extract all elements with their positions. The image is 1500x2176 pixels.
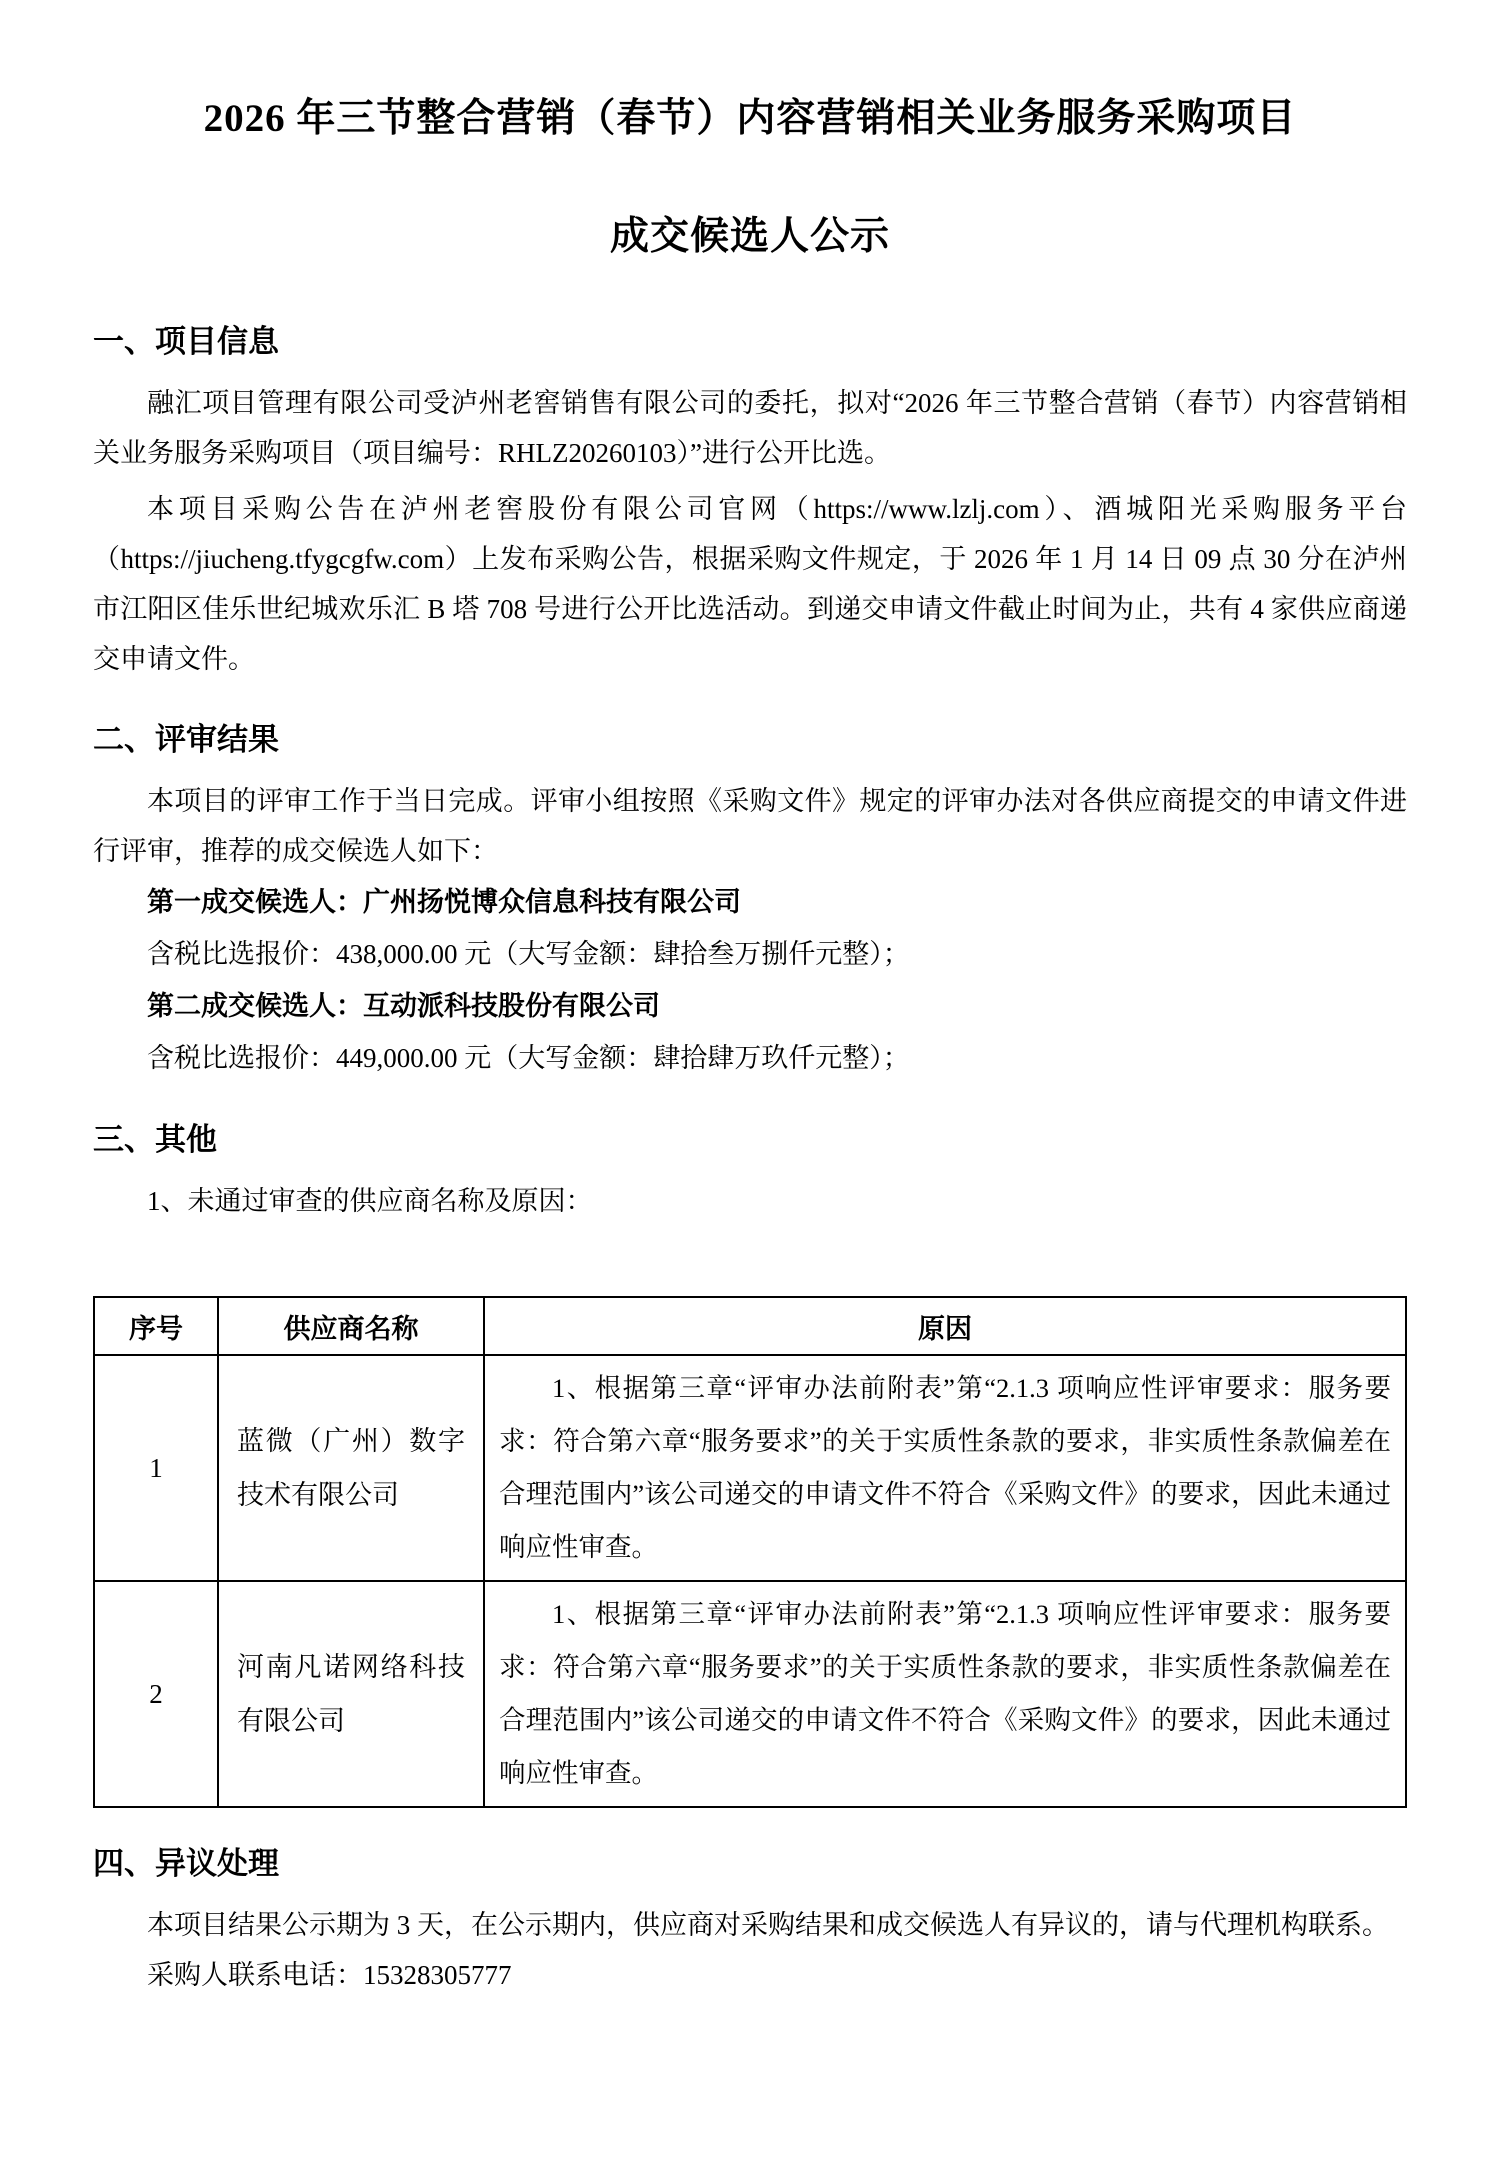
table-header-no: 序号 bbox=[94, 1297, 218, 1355]
section-4-paragraph-1: 本项目结果公示期为 3 天，在公示期内，供应商对采购结果和成交候选人有异议的，请… bbox=[93, 1900, 1407, 1950]
candidate-1-name-line: 第一成交候选人：广州扬悦博众信息科技有限公司 bbox=[93, 876, 1407, 928]
section-3-item-1: 1、未通过审查的供应商名称及原因： bbox=[93, 1176, 1407, 1226]
section-1-heading: 一、项目信息 bbox=[93, 320, 1407, 364]
document-page: 2026 年三节整合营销（春节）内容营销相关业务服务采购项目 成交候选人公示 一… bbox=[0, 0, 1500, 2176]
table-header-row: 序号 供应商名称 原因 bbox=[94, 1297, 1406, 1355]
table-row: 2 河南凡诺网络科技有限公司 1、根据第三章“评审办法前附表”第“2.1.3 项… bbox=[94, 1581, 1406, 1807]
section-2-intro: 本项目的评审工作于当日完成。评审小组按照《采购文件》规定的评审办法对各供应商提交… bbox=[93, 776, 1407, 876]
row-2-reason: 1、根据第三章“评审办法前附表”第“2.1.3 项响应性评审要求：服务要求：符合… bbox=[484, 1581, 1406, 1807]
row-2-supplier: 河南凡诺网络科技有限公司 bbox=[218, 1581, 484, 1807]
candidate-2-name-line: 第二成交候选人：互动派科技股份有限公司 bbox=[93, 980, 1407, 1032]
section-1-paragraph-1: 融汇项目管理有限公司受泸州老窖销售有限公司的委托，拟对“2026 年三节整合营销… bbox=[93, 378, 1407, 478]
document-title-line-2: 成交候选人公示 bbox=[93, 208, 1407, 266]
purchaser-phone-line: 采购人联系电话：15328305777 bbox=[93, 1950, 1407, 2000]
candidate-2-price-line: 含税比选报价：449,000.00 元（大写金额：肆拾肆万玖仟元整）； bbox=[93, 1032, 1407, 1084]
candidate-1-price-line: 含税比选报价：438,000.00 元（大写金额：肆拾叁万捌仟元整）； bbox=[93, 928, 1407, 980]
section-2-heading: 二、评审结果 bbox=[93, 718, 1407, 762]
row-1-reason: 1、根据第三章“评审办法前附表”第“2.1.3 项响应性评审要求：服务要求：符合… bbox=[484, 1355, 1406, 1581]
section-3-heading: 三、其他 bbox=[93, 1118, 1407, 1162]
table-header-reason: 原因 bbox=[484, 1297, 1406, 1355]
document-title-line-1: 2026 年三节整合营销（春节）内容营销相关业务服务采购项目 bbox=[93, 90, 1407, 148]
row-2-no: 2 bbox=[94, 1581, 218, 1807]
section-4-heading: 四、异议处理 bbox=[93, 1842, 1407, 1886]
row-1-supplier: 蓝微（广州）数字技术有限公司 bbox=[218, 1355, 484, 1581]
section-1-paragraph-2: 本项目采购公告在泸州老窖股份有限公司官网（https://www.lzlj.co… bbox=[93, 484, 1407, 684]
rejected-suppliers-table: 序号 供应商名称 原因 1 蓝微（广州）数字技术有限公司 1、根据第三章“评审办… bbox=[93, 1296, 1407, 1808]
row-1-no: 1 bbox=[94, 1355, 218, 1581]
table-header-supplier: 供应商名称 bbox=[218, 1297, 484, 1355]
table-row: 1 蓝微（广州）数字技术有限公司 1、根据第三章“评审办法前附表”第“2.1.3… bbox=[94, 1355, 1406, 1581]
